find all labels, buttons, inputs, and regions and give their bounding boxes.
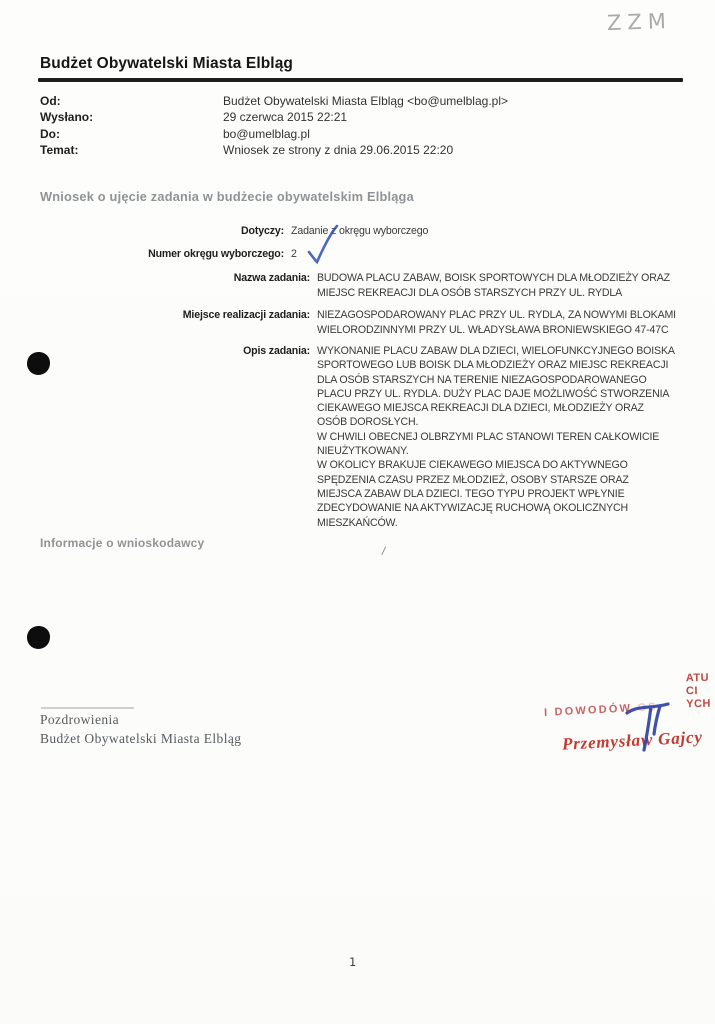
stamp-text-fragments: ATU CI YCH [686, 672, 711, 711]
closing-block: Pozdrowienia Budżet Obywatelski Miasta E… [40, 711, 241, 748]
header-label: Temat: [40, 143, 223, 159]
document-title: Budżet Obywatelski Miasta Elbląg [40, 55, 293, 73]
field-value: NIEZAGOSPODAROWANY PLAC PRZY UL. RYDLA, … [317, 308, 709, 338]
header-label: Do: [40, 127, 223, 143]
title-divider [38, 78, 683, 82]
stamp-office-text: I DOWODÓW [544, 702, 633, 719]
closing-divider [41, 707, 134, 709]
field-label: Dotyczy: [40, 224, 284, 239]
pen-checkmark-icon [303, 221, 345, 269]
field-label: Numer okręgu wyborczego: [40, 247, 284, 262]
field-label: Nazwa zadania: [40, 271, 310, 301]
scanned-document-page: ZZM Budżet Obywatelski Miasta Elbląg Od:… [0, 0, 715, 1024]
header-label: Wysłano: [40, 110, 223, 126]
hole-punch-mark [27, 352, 50, 375]
closing-sender: Budżet Obywatelski Miasta Elbląg [40, 730, 241, 749]
field-label: Miejsce realizacji zadania: [40, 308, 310, 338]
field-nazwa-zadania: Nazwa zadania: BUDOWA PLACU ZABAW, BOISK… [40, 271, 709, 301]
field-value: 2 [291, 247, 683, 262]
email-header-block: Od: Budżet Obywatelski Miasta Elbląg <bo… [40, 94, 508, 159]
field-numer-okregu: Numer okręgu wyborczego: 2 [40, 247, 683, 262]
page-number: 1 [349, 955, 356, 969]
header-value: bo@umelblag.pl [223, 127, 310, 143]
stamp-fragment: ATU [686, 672, 711, 685]
stamp-fragment: CI [686, 685, 711, 698]
section-heading: Wniosek o ujęcie zadania w budżecie obyw… [40, 189, 414, 204]
closing-greeting: Pozdrowienia [40, 711, 241, 730]
stamp-fragment: YCH [686, 698, 711, 711]
header-value: 29 czerwca 2015 22:21 [223, 110, 347, 126]
header-row-sent: Wysłano: 29 czerwca 2015 22:21 [40, 110, 508, 126]
hole-punch-mark [27, 626, 50, 649]
header-value: Budżet Obywatelski Miasta Elbląg <bo@ume… [223, 94, 508, 110]
stray-ink-mark: / [381, 544, 387, 558]
field-value: BUDOWA PLACU ZABAW, BOISK SPORTOWYCH DLA… [317, 271, 709, 301]
handwritten-note: ZZM [607, 9, 673, 35]
header-row-from: Od: Budżet Obywatelski Miasta Elbląg <bo… [40, 94, 508, 110]
header-value: Wniosek ze strony z dnia 29.06.2015 22:2… [223, 143, 453, 159]
field-dotyczy: Dotyczy: Zadanie z okręgu wyborczego [40, 224, 683, 239]
field-value: WYKONANIE PLACU ZABAW DLA DZIECI, WIELOF… [317, 344, 709, 530]
header-row-to: Do: bo@umelblag.pl [40, 127, 508, 143]
header-label: Od: [40, 94, 223, 110]
info-heading: Informacje o wnioskodawcy [40, 536, 204, 550]
field-value: Zadanie z okręgu wyborczego [291, 224, 683, 239]
field-label: Opis zadania: [40, 344, 310, 530]
header-row-subject: Temat: Wniosek ze strony z dnia 29.06.20… [40, 143, 508, 159]
pen-paraph-icon [624, 696, 672, 754]
field-opis-zadania: Opis zadania: WYKONANIE PLACU ZABAW DLA … [40, 344, 709, 530]
field-miejsce-realizacji: Miejsce realizacji zadania: NIEZAGOSPODA… [40, 308, 709, 338]
